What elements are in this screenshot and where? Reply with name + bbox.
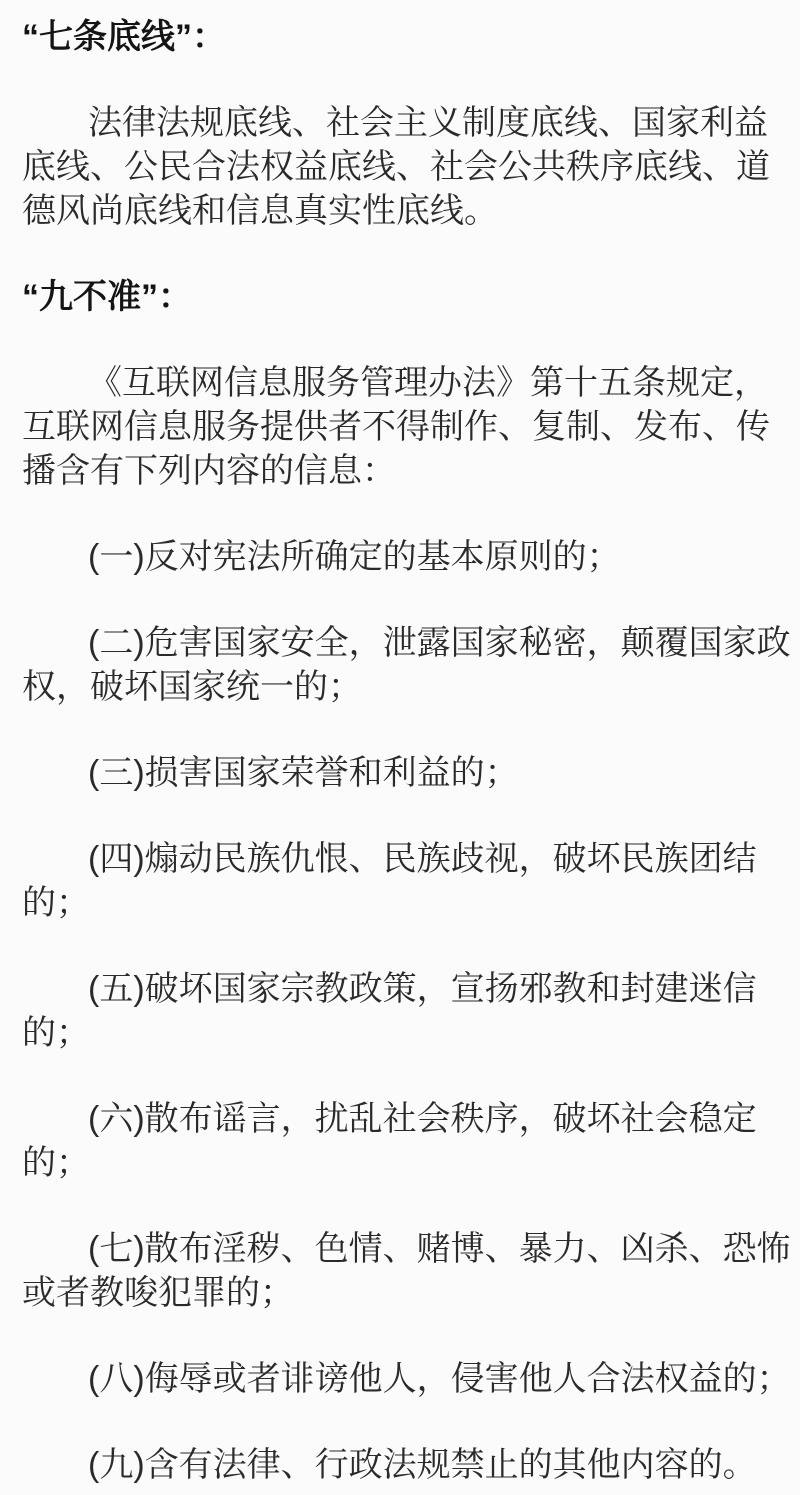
list-item-8: (八)侮辱或者诽谤他人，侵害他人合法权益的； [22,1357,796,1401]
text-line: (九)含有法律、行政法规禁止的其他内容的。 [22,1443,796,1487]
list-item-3: (三)损害国家荣誉和利益的； [22,751,796,795]
list-item-1: (一)反对宪法所确定的基本原则的； [22,535,796,579]
document-body: “七条底线”： 法律法规底线、社会主义制度底线、国家利益 底线、公民合法权益底线… [0,0,800,1487]
text-line: (四)煽动民族仇恨、民族歧视，破坏民族团结 [22,837,796,881]
heading-nine-prohibitions: “九不准”： [22,275,796,319]
list-item-5: (五)破坏国家宗教政策，宣扬邪教和封建迷信 的； [22,967,796,1055]
paragraph-seven-bottom-lines: 法律法规底线、社会主义制度底线、国家利益 底线、公民合法权益底线、社会公共秩序底… [22,101,796,233]
list-item-2: (二)危害国家安全，泄露国家秘密，颠覆国家政 权，破坏国家统一的； [22,621,796,709]
text-line: (八)侮辱或者诽谤他人，侵害他人合法权益的； [22,1357,796,1401]
text-line: (二)危害国家安全，泄露国家秘密，颠覆国家政 [22,621,796,665]
text-line: (七)散布淫秽、色情、赌博、暴力、凶杀、恐怖 [22,1227,796,1271]
list-item-4: (四)煽动民族仇恨、民族歧视，破坏民族团结 的； [22,837,796,925]
text-line: 《互联网信息服务管理办法》第十五条规定， [22,361,796,405]
text-line: 法律法规底线、社会主义制度底线、国家利益 [22,101,796,145]
text-line: 的； [22,1011,796,1055]
list-item-6: (六)散布谣言，扰乱社会秩序，破坏社会稳定 的； [22,1097,796,1185]
text-line: 互联网信息服务提供者不得制作、复制、发布、传 [22,405,796,449]
list-item-7: (七)散布淫秽、色情、赌博、暴力、凶杀、恐怖 或者教唆犯罪的； [22,1227,796,1315]
text-line: 底线、公民合法权益底线、社会公共秩序底线、道 [22,145,796,189]
text-line: 的； [22,881,796,925]
text-line: (六)散布谣言，扰乱社会秩序，破坏社会稳定 [22,1097,796,1141]
page: { "page": { "background_color": "#fbfbfb… [0,0,800,1495]
text-line: 权，破坏国家统一的； [22,665,796,709]
text-line: (一)反对宪法所确定的基本原则的； [22,535,796,579]
text-line: 的； [22,1141,796,1185]
list-item-9: (九)含有法律、行政法规禁止的其他内容的。 [22,1443,796,1487]
text-line: 德风尚底线和信息真实性底线。 [22,189,796,233]
text-line: 或者教唆犯罪的； [22,1271,796,1315]
text-line: 播含有下列内容的信息： [22,449,796,493]
text-line: (三)损害国家荣誉和利益的； [22,751,796,795]
paragraph-nine-intro: 《互联网信息服务管理办法》第十五条规定， 互联网信息服务提供者不得制作、复制、发… [22,361,796,493]
text-line: (五)破坏国家宗教政策，宣扬邪教和封建迷信 [22,967,796,1011]
heading-seven-bottom-lines: “七条底线”： [22,15,796,59]
